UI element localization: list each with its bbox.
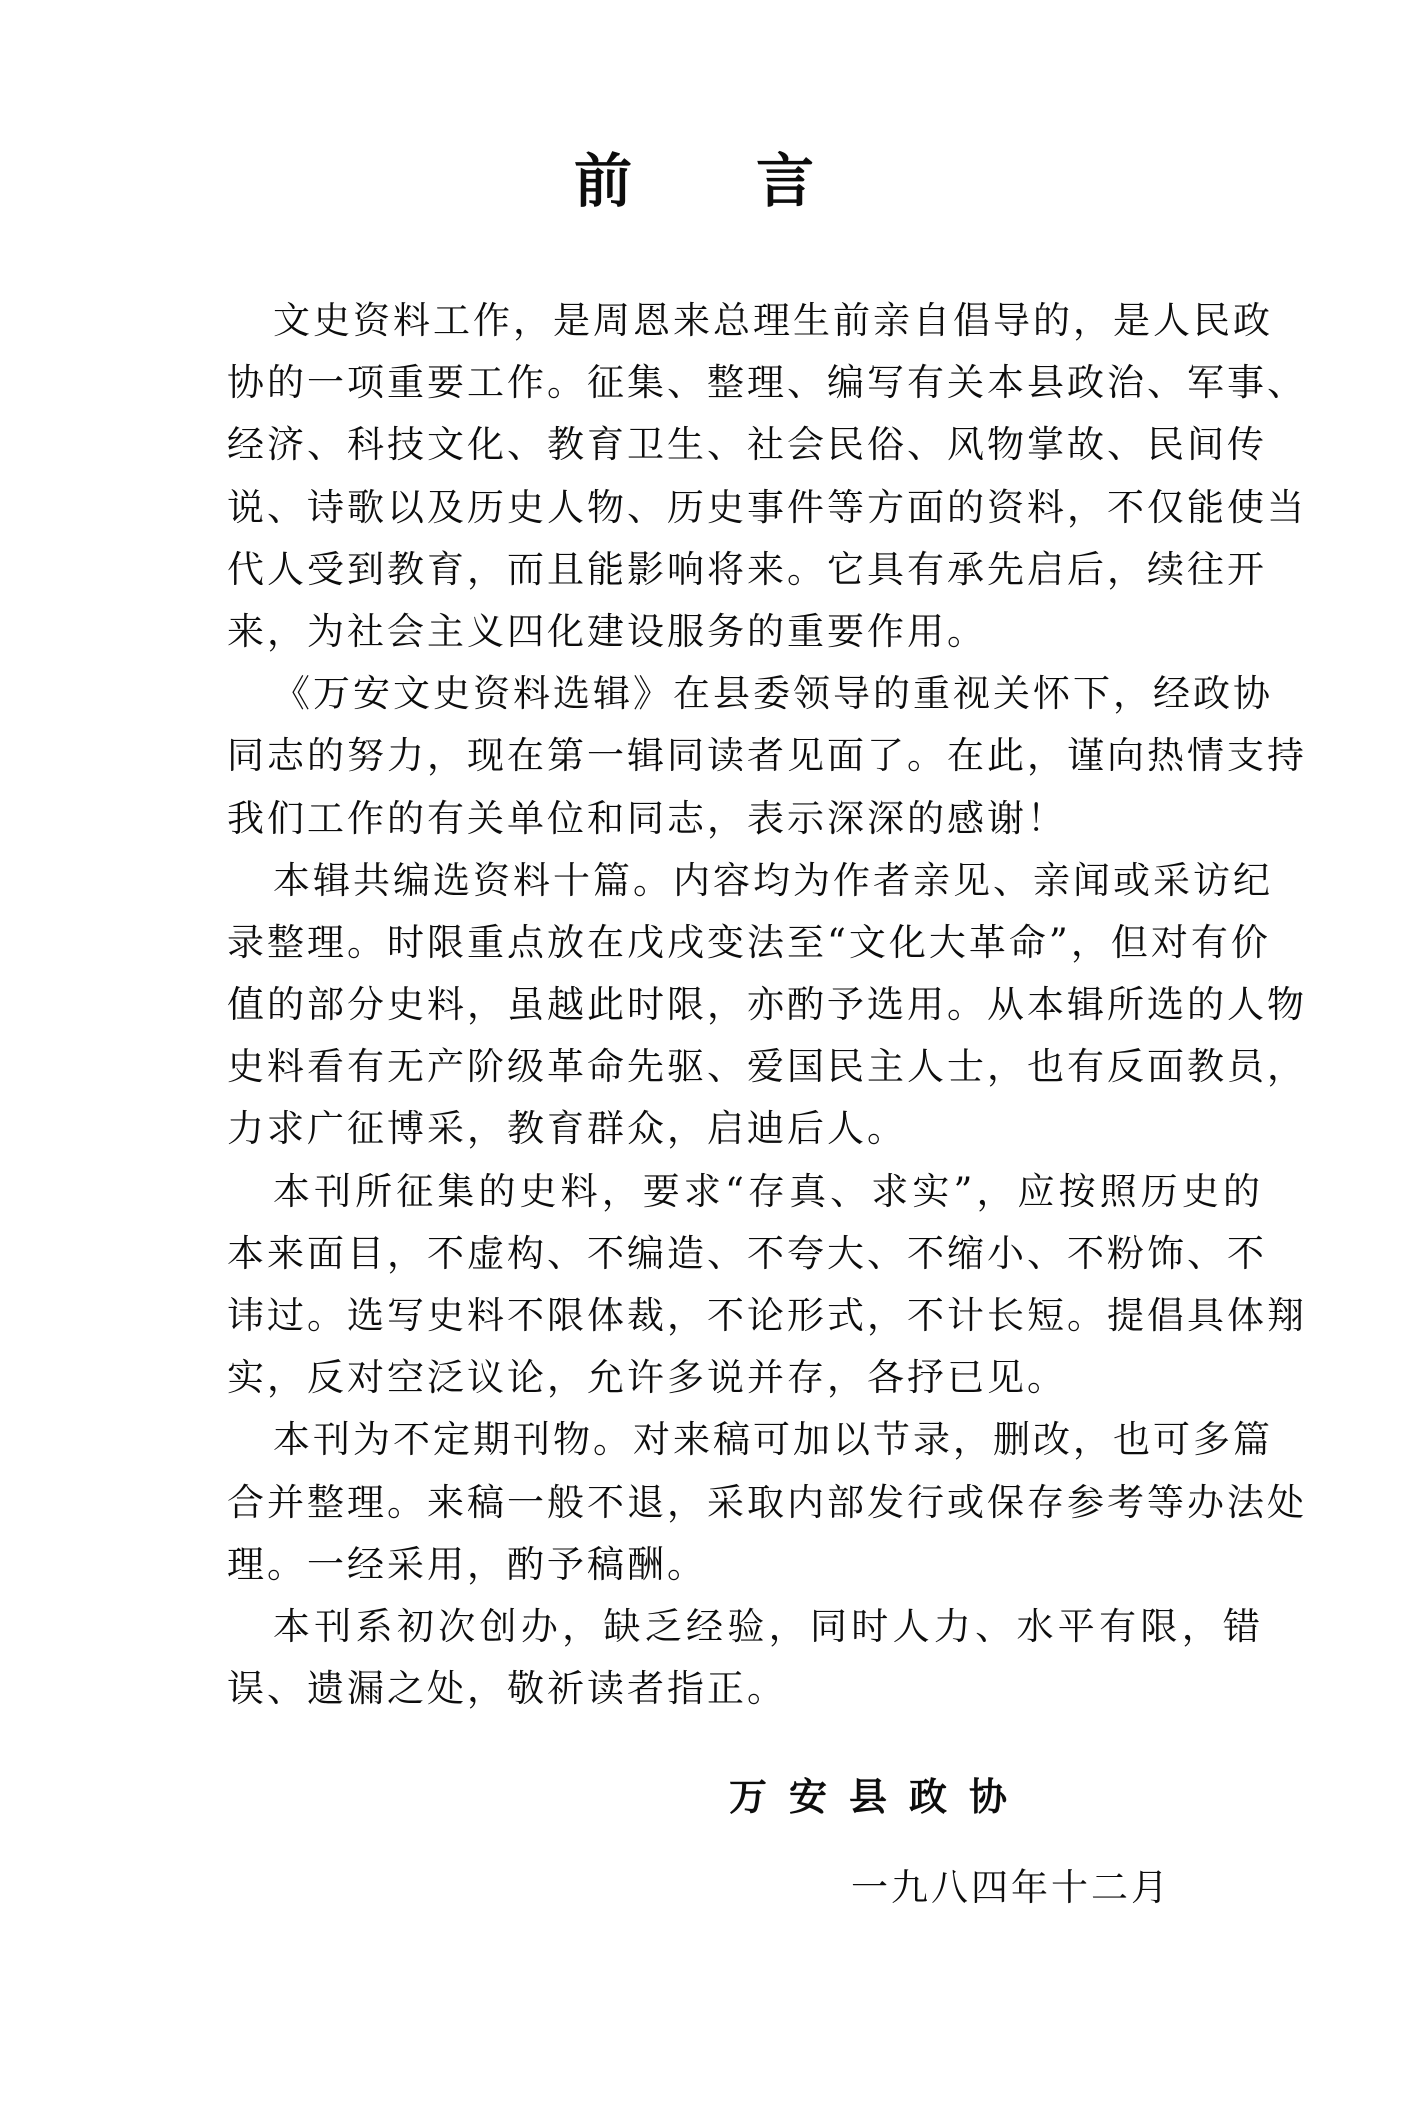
text-line: 《万安文史资料选辑》在县委领导的重视关怀下，经政协 <box>181 663 1263 725</box>
paragraph-1: 文史资料工作，是周恩来总理生前亲自倡导的，是人民政 协的一项重要工作。征集、整理… <box>181 290 1263 663</box>
paragraph-5: 本刊为不定期刊物。对来稿可加以节录，删改，也可多篇 合并整理。来稿一般不退，采取… <box>181 1409 1263 1596</box>
text-line: 误、遗漏之处，敬祈读者指正。 <box>181 1658 1263 1720</box>
text-line: 力求广征博采，教育群众，启迪后人。 <box>181 1098 1263 1160</box>
text-line: 合并整理。来稿一般不退，采取内部发行或保存参考等办法处 <box>181 1472 1263 1534</box>
text-line: 同志的努力，现在第一辑同读者见面了。在此，谨向热情支持 <box>181 725 1263 787</box>
paragraph-3: 本辑共编选资料十篇。内容均为作者亲见、亲闻或采访纪 录整理。时限重点放在戊戌变法… <box>181 850 1263 1161</box>
text-line: 理。一经采用，酌予稿酬。 <box>181 1534 1263 1596</box>
text-line: 本刊为不定期刊物。对来稿可加以节录，删改，也可多篇 <box>181 1409 1263 1471</box>
document-page: 前 言 文史资料工作，是周恩来总理生前亲自倡导的，是人民政 协的一项重要工作。征… <box>0 0 1405 2108</box>
text-line: 代人受到教育，而且能影响将来。它具有承先启后，续往开 <box>181 539 1263 601</box>
title-char-1: 前 <box>574 148 632 214</box>
text-line: 本刊所征集的史料，要求“存真、求实”，应按照历史的 <box>181 1161 1263 1223</box>
signature-organization: 万安县政协 <box>729 1772 1029 1822</box>
signature-date: 一九八四年十二月 <box>851 1864 1171 1912</box>
text-line: 来，为社会主义四化建设服务的重要作用。 <box>181 601 1263 663</box>
text-line: 协的一项重要工作。征集、整理、编写有关本县政治、军事、 <box>181 352 1263 414</box>
text-line: 经济、科技文化、教育卫生、社会民俗、风物掌故、民间传 <box>181 414 1263 476</box>
text-line: 录整理。时限重点放在戊戌变法至“文化大革命”，但对有价 <box>181 912 1263 974</box>
text-line: 讳过。选写史料不限体裁，不论形式，不计长短。提倡具体翔 <box>181 1285 1263 1347</box>
text-line: 史料看有无产阶级革命先驱、爱国民主人士，也有反面教员， <box>181 1036 1263 1098</box>
text-line: 文史资料工作，是周恩来总理生前亲自倡导的，是人民政 <box>181 290 1263 352</box>
text-line: 值的部分史料，虽越此时限，亦酌予选用。从本辑所选的人物 <box>181 974 1263 1036</box>
text-line: 本来面目，不虚构、不编造、不夸大、不缩小、不粉饰、不 <box>181 1223 1263 1285</box>
page-title: 前 言 <box>0 148 1405 214</box>
paragraph-6: 本刊系初次创办，缺乏经验，同时人力、水平有限，错 误、遗漏之处，敬祈读者指正。 <box>181 1596 1263 1720</box>
text-line: 我们工作的有关单位和同志，表示深深的感谢！ <box>181 788 1263 850</box>
text-line: 实，反对空泛议论，允许多说并存，各抒已见。 <box>181 1347 1263 1409</box>
text-line: 说、诗歌以及历史人物、历史事件等方面的资料，不仅能使当 <box>181 477 1263 539</box>
paragraph-4: 本刊所征集的史料，要求“存真、求实”，应按照历史的 本来面目，不虚构、不编造、不… <box>181 1161 1263 1410</box>
text-line: 本辑共编选资料十篇。内容均为作者亲见、亲闻或采访纪 <box>181 850 1263 912</box>
paragraph-2: 《万安文史资料选辑》在县委领导的重视关怀下，经政协 同志的努力，现在第一辑同读者… <box>181 663 1263 850</box>
text-line: 本刊系初次创办，缺乏经验，同时人力、水平有限，错 <box>181 1596 1263 1658</box>
title-char-2: 言 <box>756 148 814 214</box>
preface-body: 文史资料工作，是周恩来总理生前亲自倡导的，是人民政 协的一项重要工作。征集、整理… <box>181 290 1263 1720</box>
